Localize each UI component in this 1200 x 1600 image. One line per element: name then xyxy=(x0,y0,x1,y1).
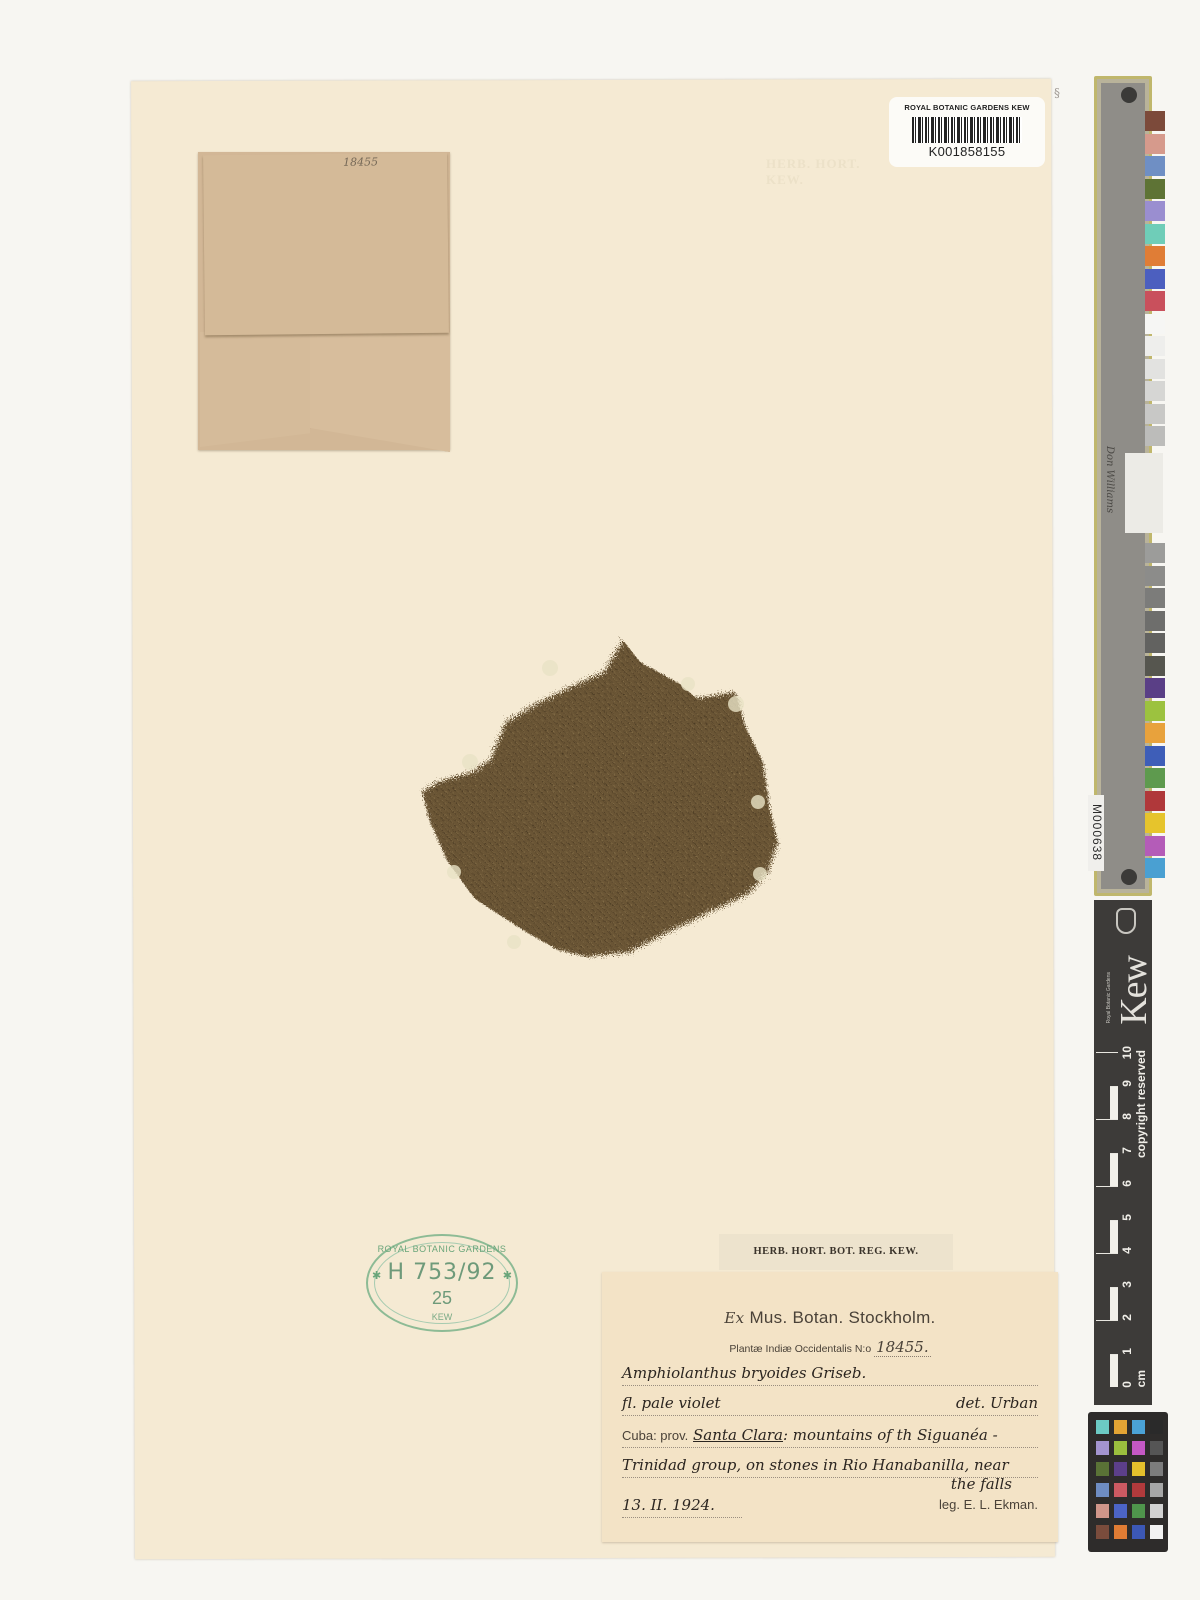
flower-determiner-line: fl. pale violet det. Urban xyxy=(622,1390,1038,1416)
stamp-accession-number: H 753/92 xyxy=(368,1260,516,1285)
copyright-text: copyright reserved xyxy=(1134,1050,1148,1158)
scale-number: 5 xyxy=(1120,1214,1134,1221)
scale-segment xyxy=(1110,1220,1118,1253)
flower-note: fl. pale violet xyxy=(622,1390,721,1415)
star-icon: ✱ xyxy=(503,1269,512,1282)
color-card-swatch xyxy=(1114,1441,1127,1455)
stamp-sub-number: 25 xyxy=(368,1288,516,1309)
ruler-id: M000638 xyxy=(1088,795,1104,871)
ruler-swatch xyxy=(1145,359,1165,379)
scale-segment xyxy=(1096,1320,1118,1353)
color-card-swatch xyxy=(1132,1504,1145,1518)
locality-prefix: Cuba: prov. xyxy=(622,1428,688,1443)
envelope-number: 18455 xyxy=(343,155,378,168)
series-text: Plantæ Indiæ Occidentalis N:o xyxy=(729,1343,871,1355)
kew-logo: Kew xyxy=(1112,956,1156,1025)
color-card-swatch xyxy=(1114,1504,1127,1518)
specimen-envelope: 18455 xyxy=(198,152,454,452)
ruler-swatch xyxy=(1145,381,1165,401)
color-card-swatch xyxy=(1096,1420,1109,1434)
scale-number: 1 xyxy=(1120,1348,1134,1355)
ruler-swatch xyxy=(1145,656,1165,676)
color-card-swatch xyxy=(1150,1420,1163,1434)
color-card-swatch xyxy=(1150,1525,1163,1539)
scale-segment xyxy=(1096,1186,1118,1219)
scale-segment xyxy=(1110,1354,1118,1387)
ruler-author: Don Williams xyxy=(1104,446,1115,513)
kew-logo-subtitle: Royal Botanic Gardens xyxy=(1106,972,1112,1023)
color-card-swatch xyxy=(1096,1441,1109,1455)
ruler-swatch xyxy=(1145,246,1165,266)
locality-line-1: Cuba: prov. Santa Clara: mountains of th… xyxy=(622,1422,1038,1448)
kew-crest-icon xyxy=(1116,908,1136,934)
ruler-swatch xyxy=(1145,836,1165,856)
ruler-swatch xyxy=(1145,134,1165,154)
stamp-arc-text: ROYAL BOTANIC GARDENS xyxy=(368,1244,516,1254)
scale-segment xyxy=(1110,1086,1118,1119)
ruler-swatch xyxy=(1145,224,1165,244)
ruler-swatch xyxy=(1145,768,1165,788)
ruler-grey-target xyxy=(1125,453,1163,533)
scale-number: 7 xyxy=(1120,1147,1134,1154)
ruler-swatch xyxy=(1145,611,1165,631)
specimen-moss xyxy=(418,632,798,972)
ruler-swatch xyxy=(1145,543,1165,563)
scale-number: 3 xyxy=(1120,1281,1134,1288)
label-title: Ex Mus. Botan. Stockholm. xyxy=(622,1308,1038,1328)
color-card-swatch xyxy=(1096,1462,1109,1476)
color-card-swatch xyxy=(1096,1504,1109,1518)
scale-segment xyxy=(1110,1287,1118,1320)
kew-accession-stamp: ROYAL BOTANIC GARDENS ✱ H 753/92 ✱ 25 KE… xyxy=(366,1234,518,1332)
ruler-swatch xyxy=(1145,314,1165,334)
determiner: det. Urban xyxy=(956,1390,1038,1415)
color-card-swatch xyxy=(1150,1504,1163,1518)
ex-prefix: Ex xyxy=(724,1309,744,1327)
date-collector-line: 13. II. 1924. leg. E. L. Ekman. xyxy=(622,1492,1038,1518)
color-card-swatch xyxy=(1150,1483,1163,1497)
institution: Mus. Botan. Stockholm. xyxy=(749,1308,935,1327)
color-card-swatch xyxy=(1114,1483,1127,1497)
cm-unit-label: cm xyxy=(1134,1370,1148,1387)
ruler-swatch xyxy=(1145,678,1165,698)
ruler-swatch xyxy=(1145,566,1165,586)
color-calibration-ruler xyxy=(1094,76,1152,896)
collector: leg. E. L. Ekman. xyxy=(939,1492,1038,1518)
corner-pencil-mark: § xyxy=(1054,86,1060,100)
ruler-swatch xyxy=(1145,633,1165,653)
color-card-swatch xyxy=(1132,1525,1145,1539)
ruler-swatch xyxy=(1145,291,1165,311)
scale-number: 2 xyxy=(1120,1314,1134,1321)
color-card-swatch xyxy=(1132,1420,1145,1434)
ruler-swatch xyxy=(1145,269,1165,289)
color-card-swatch xyxy=(1096,1483,1109,1497)
envelope-top-flap: 18455 xyxy=(203,153,449,336)
scale-number: 10 xyxy=(1120,1046,1134,1059)
kew-scale-bar: Kew Royal Botanic Gardens 012345678910 c… xyxy=(1094,900,1152,1405)
scale-number: 0 xyxy=(1120,1381,1134,1388)
color-card-swatch xyxy=(1114,1525,1127,1539)
ruler-dot-icon xyxy=(1121,869,1137,885)
series-number: 18455. xyxy=(874,1338,931,1357)
barcode-label: ROYAL BOTANIC GARDENS KEW K001858155 xyxy=(889,97,1045,167)
ruler-swatch xyxy=(1145,336,1165,356)
stamp-bottom-text: KEW xyxy=(368,1312,516,1322)
collection-date: 13. II. 1924. xyxy=(622,1492,742,1518)
color-checker-card xyxy=(1088,1412,1168,1552)
color-card-swatch xyxy=(1096,1525,1109,1539)
scale-number: 9 xyxy=(1120,1080,1134,1087)
color-card-swatch xyxy=(1114,1462,1127,1476)
ruler-swatch xyxy=(1145,588,1165,608)
ruler-swatch xyxy=(1145,858,1165,878)
ruler-swatch xyxy=(1145,791,1165,811)
ruler-swatch xyxy=(1145,201,1165,221)
color-card-swatch xyxy=(1132,1483,1145,1497)
color-card-swatch xyxy=(1150,1441,1163,1455)
faint-stamp: HERB. HORT. KEW. xyxy=(766,156,896,172)
color-card-swatch xyxy=(1132,1441,1145,1455)
barcode-title: ROYAL BOTANIC GARDENS KEW xyxy=(889,103,1045,112)
collection-label: Ex Mus. Botan. Stockholm. Plantæ Indiæ O… xyxy=(602,1272,1058,1542)
ruler-swatch xyxy=(1145,746,1165,766)
barcode-icon xyxy=(912,117,1022,143)
ruler-swatch xyxy=(1145,426,1165,446)
color-card-swatch xyxy=(1132,1462,1145,1476)
scale-segment xyxy=(1096,1119,1118,1152)
ruler-swatch xyxy=(1145,156,1165,176)
ruler-swatch xyxy=(1145,813,1165,833)
scale-number: 4 xyxy=(1120,1247,1134,1254)
ruler-swatch xyxy=(1145,701,1165,721)
scale-number: 6 xyxy=(1120,1180,1134,1187)
envelope-flap-left xyxy=(200,332,310,447)
ruler-swatch xyxy=(1145,723,1165,743)
label-series: Plantæ Indiæ Occidentalis N:o 18455. xyxy=(622,1338,1038,1356)
scale-segment xyxy=(1096,1253,1118,1286)
ruler-swatch xyxy=(1145,404,1165,424)
scale-segment xyxy=(1096,1052,1118,1085)
locality-line-3: the falls xyxy=(622,1476,1038,1492)
herbarium-label: HERB. HORT. BOT. REG. KEW. xyxy=(719,1234,953,1270)
locality-text-1: : mountains of th Siguanéa - xyxy=(783,1426,998,1444)
color-card-swatch xyxy=(1114,1420,1127,1434)
province: Santa Clara xyxy=(693,1426,783,1444)
scale-number: 8 xyxy=(1120,1113,1134,1120)
barcode-id: K001858155 xyxy=(889,144,1045,159)
taxon-name: Amphiolanthus bryoides Griseb. xyxy=(622,1360,1038,1386)
scale-segment xyxy=(1110,1153,1118,1186)
ruler-swatch xyxy=(1145,179,1165,199)
ruler-dot-icon xyxy=(1121,87,1137,103)
cm-scale: 012345678910 xyxy=(1096,1052,1118,1397)
ruler-swatch xyxy=(1145,111,1165,131)
color-card-swatch xyxy=(1150,1462,1163,1476)
